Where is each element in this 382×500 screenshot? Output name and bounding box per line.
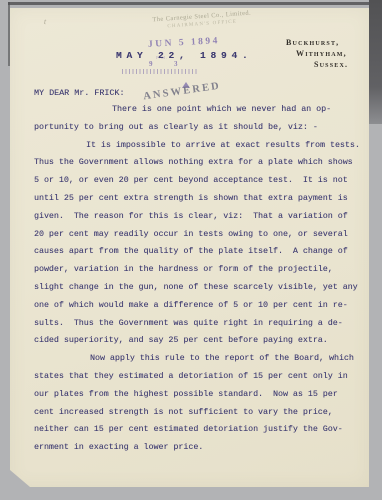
body-line: sults. Thus the Government was quite rig…: [34, 319, 362, 337]
body-line: given. The reason for this is clear, viz…: [34, 212, 362, 230]
scanned-letter-screenshot: { "scan": { "faint_company_stamp": { "li…: [0, 0, 382, 500]
body-line: cided superiority, and say 25 per cent b…: [34, 336, 362, 354]
scanner-edge-top: [8, 2, 374, 5]
body-line: neither can 15 per cent estimated detori…: [34, 425, 362, 443]
body-line: powder, variation in the hardness or for…: [34, 265, 362, 283]
letterhead-line-village: Withyham,: [296, 48, 372, 59]
body-line: causes apart from the quality of the pla…: [34, 247, 362, 265]
body-line: slight change in the gun, none of these …: [34, 283, 362, 301]
salutation: MY DEAR Mr. FRICK:: [34, 88, 124, 98]
stamp-dial-ticks: [122, 69, 198, 74]
stamp-dial-numeral-3: 3: [174, 60, 178, 68]
typed-date: MAY 22, 1894.: [116, 50, 253, 61]
body-line: one of which would make a difference of …: [34, 301, 362, 319]
body-line: It is impossible to arrive at exact resu…: [34, 141, 362, 159]
body-line: our plates from the highest possible sta…: [34, 390, 362, 408]
letter-body: There is one point which we never had an…: [34, 105, 362, 461]
body-line: until 25 per cent extra strength is show…: [34, 194, 362, 212]
body-line: ernment in exacting a lower price.: [34, 443, 362, 461]
scanner-edge-right: [369, 0, 382, 124]
body-line: There is one point which we never had an…: [34, 105, 362, 123]
body-line: Thus the Government allows nothing extra…: [34, 158, 362, 176]
letter-page: t The Carnegie Steel Co., Limited. CHAIR…: [10, 8, 369, 487]
body-line: cent increased strength is not sufficien…: [34, 408, 362, 426]
body-line: states that they estimated a detoriation…: [34, 372, 362, 390]
scanner-edge-left: [8, 2, 10, 66]
body-line: Now apply this rule to the report of the…: [34, 354, 362, 372]
stamp-dial-numeral-9: 9: [149, 60, 153, 68]
body-line: 20 per cent may readily occur in tests o…: [34, 230, 362, 248]
body-line: portunity to bring out as clearly as it …: [34, 123, 362, 141]
letterhead-line-house: Buckhurst,: [286, 37, 372, 48]
company-received-stamp: The Carnegie Steel Co., Limited. CHAIRMA…: [132, 8, 273, 32]
letterhead-address: Buckhurst, Withyham, Sussex.: [286, 37, 372, 70]
body-line: 5 or 10, or even 20 per cent beyond acce…: [34, 176, 362, 194]
letterhead-line-county: Sussex.: [314, 59, 372, 70]
date-received-stamp: JUN 5 1894: [148, 36, 220, 50]
pencil-mark: t: [43, 17, 47, 26]
